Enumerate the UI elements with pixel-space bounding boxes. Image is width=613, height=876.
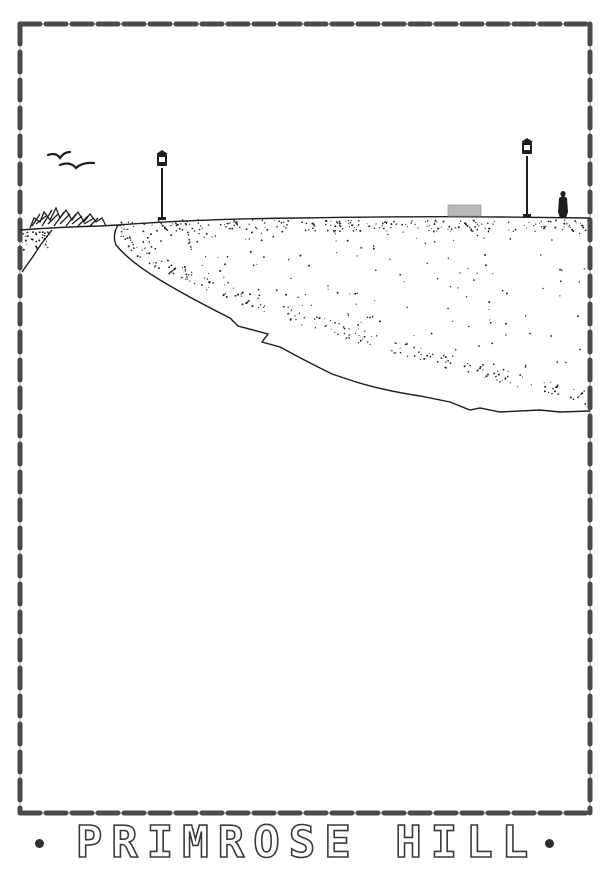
illustration-canvas <box>0 0 613 876</box>
bush-icon <box>30 208 106 228</box>
birds-icon <box>48 152 94 168</box>
ground-stipple <box>22 219 588 405</box>
lamp-post-right-icon <box>521 138 533 217</box>
bench-icon <box>448 205 481 216</box>
right-ornament-dot <box>545 839 554 848</box>
hill-ground <box>20 217 590 412</box>
person-icon <box>558 191 568 218</box>
lamp-post-left-icon <box>156 150 168 220</box>
artwork-title: PRIMROSE HILL <box>76 821 537 865</box>
title-banner: PRIMROSE HILL <box>0 818 613 868</box>
dashed-frame <box>20 24 590 813</box>
